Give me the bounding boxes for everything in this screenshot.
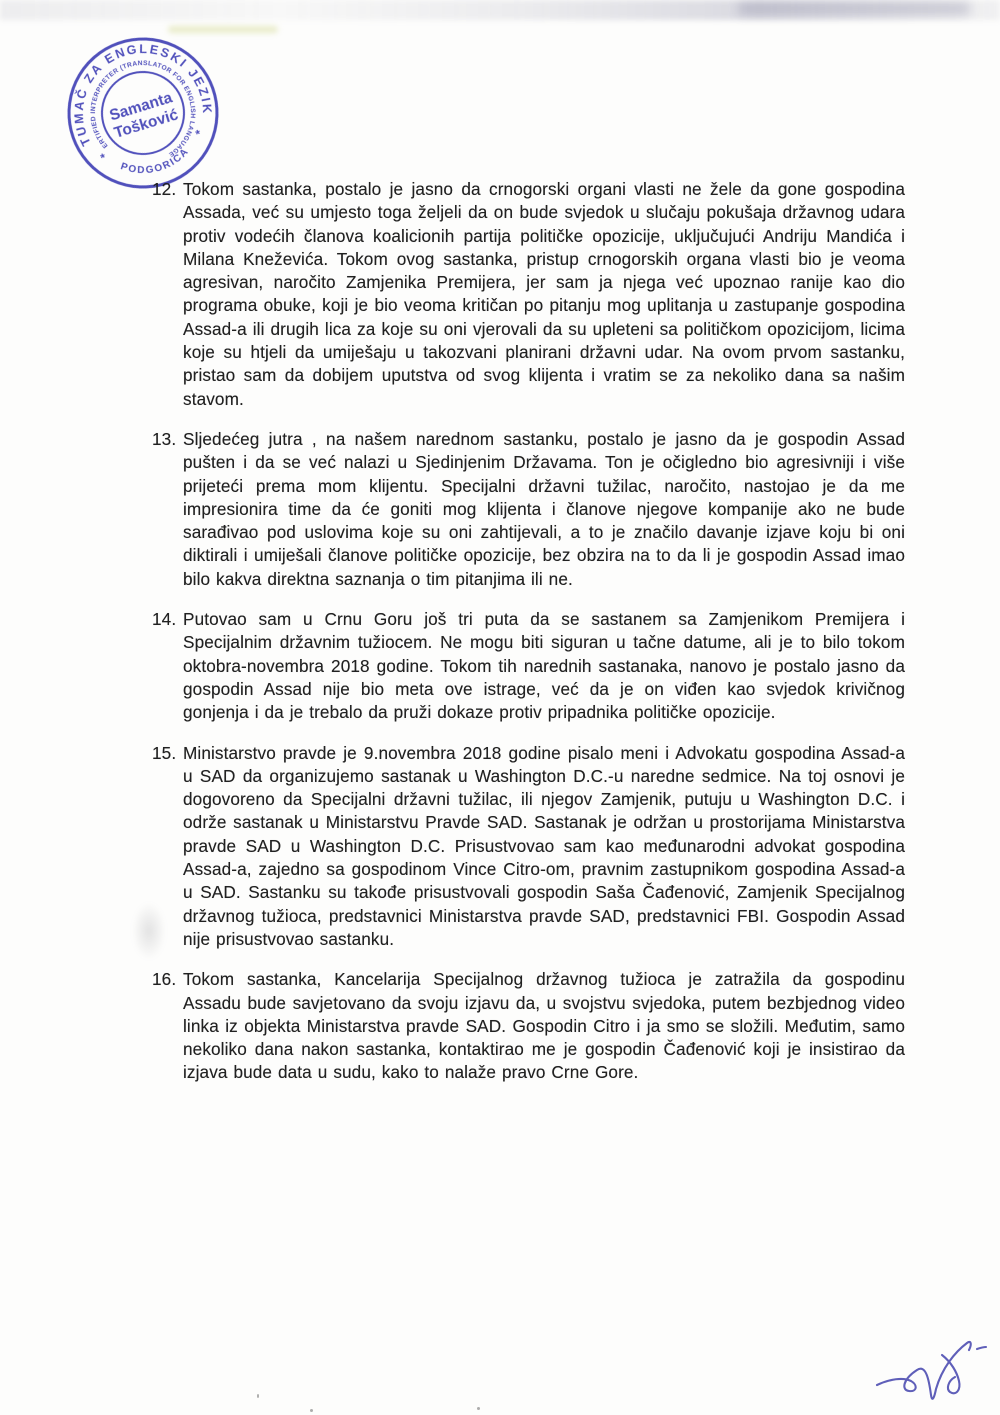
paragraph-14: 14. Putovao sam u Crnu Goru još tri puta… [152,608,905,724]
paragraph-13: 13. Sljedećeg jutra , na našem narednom … [152,428,905,591]
paragraph-text: Tokom sastanka, Kancelarija Specijalnog … [183,968,905,1084]
stamp-separator-right: * [194,127,202,142]
scan-speck [257,1394,259,1398]
paragraph-number: 13. [152,428,183,591]
paragraph-15: 15. Ministarstvo pravde je 9.novembra 20… [152,742,905,952]
signature-stroke-main [877,1342,971,1399]
paragraph-text: Putovao sam u Crnu Goru još tri puta da … [183,608,905,724]
paragraph-number: 14. [152,608,183,724]
stamp-name: Samanta Tošković [107,89,181,142]
scan-artifact-top-right [738,2,970,15]
scan-speck [477,1407,480,1410]
paragraph-16: 16. Tokom sastanka, Kancelarija Specijal… [152,968,905,1084]
document-body: 12. Tokom sastanka, postalo je jasno da … [152,178,905,1102]
signature-graphic [872,1328,992,1408]
scanned-document-page: TUMAČ ZA ENGLESKI JEZIK PODGORICA CERTIF… [0,0,1000,1415]
signature [872,1328,992,1413]
signature-stroke-tick [977,1347,986,1349]
scan-speck [310,1409,313,1412]
paragraph-number: 15. [152,742,183,952]
paragraph-text: Tokom sastanka, postalo je jasno da crno… [183,178,905,411]
paragraph-text: Ministarstvo pravde je 9.novembra 2018 g… [183,742,905,952]
paragraph-number: 16. [152,968,183,1084]
paragraph-number: 12. [152,178,183,411]
stamp-separator-left: * [99,151,107,166]
paragraph-12: 12. Tokom sastanka, postalo je jasno da … [152,178,905,411]
paragraph-text: Sljedećeg jutra , na našem narednom sast… [183,428,905,591]
